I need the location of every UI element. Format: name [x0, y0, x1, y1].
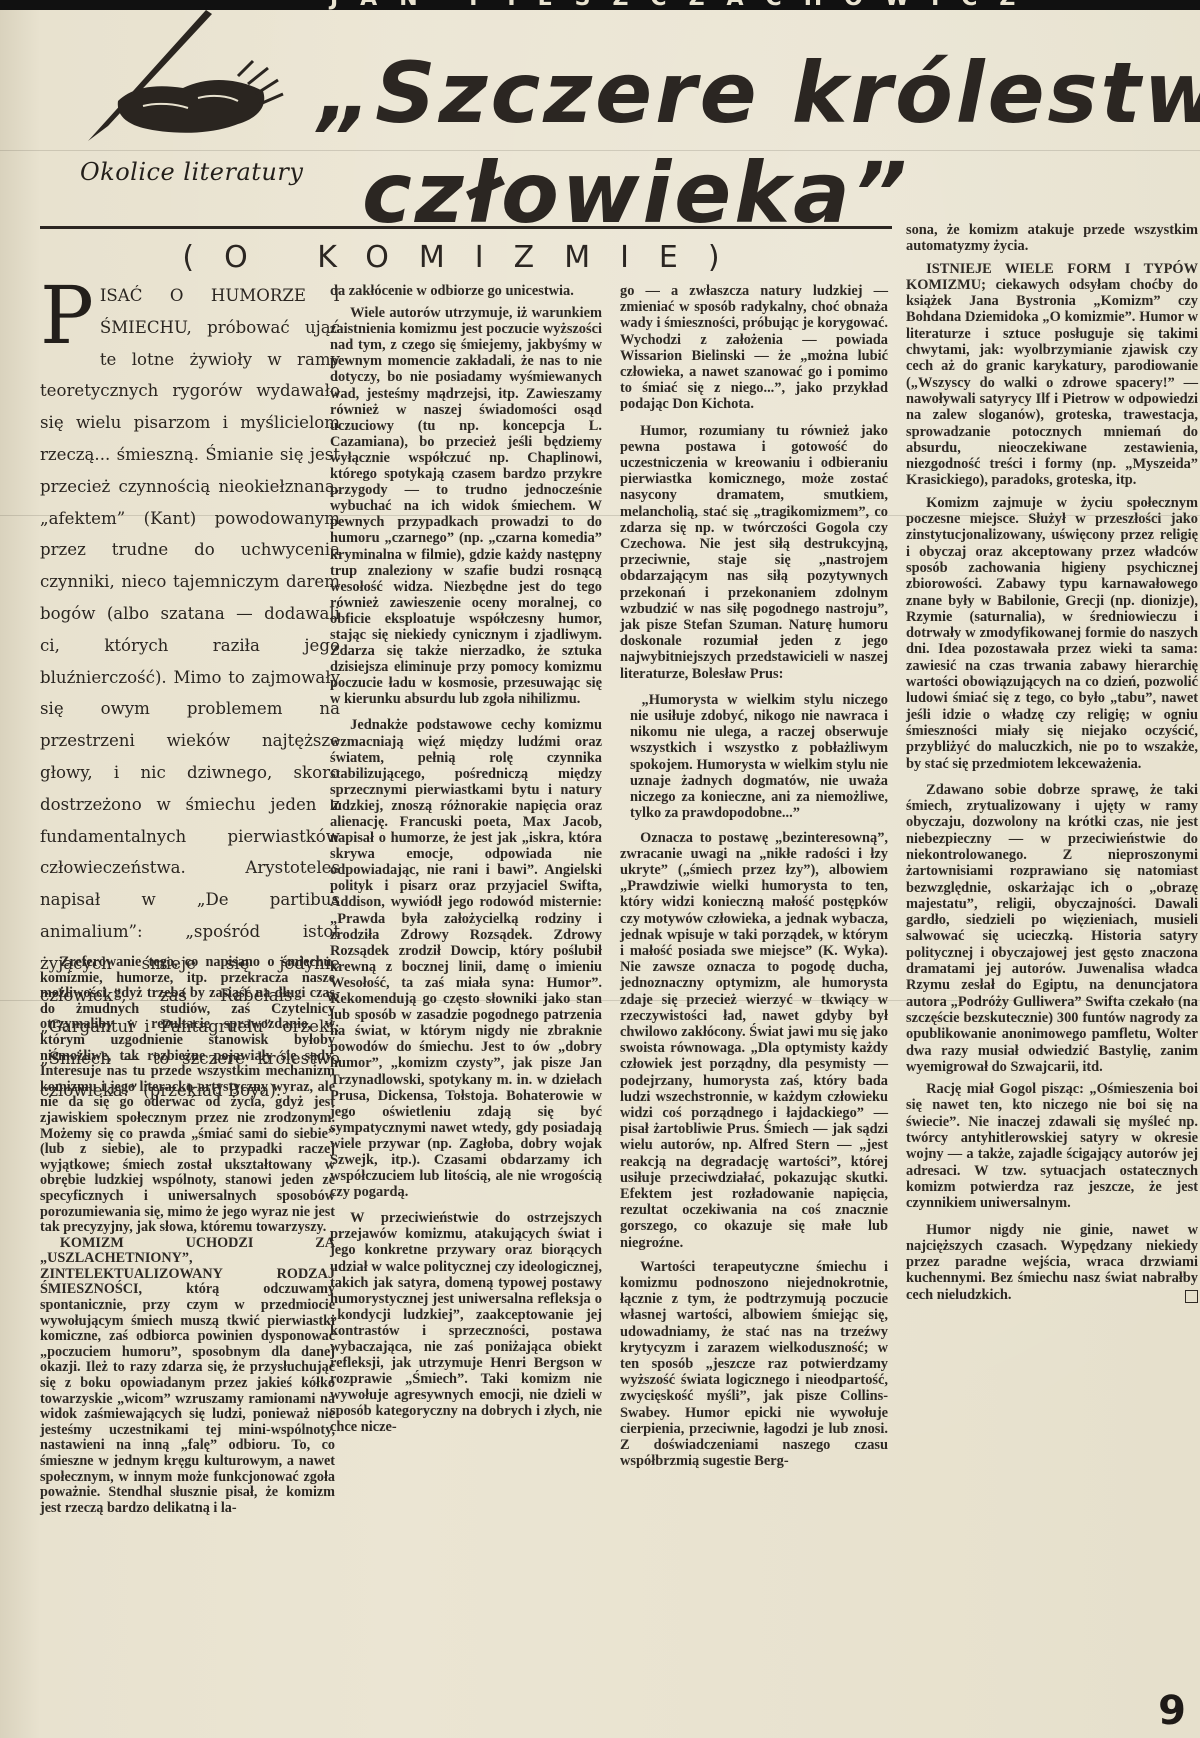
- paragraph: Wiele autorów utrzymuje, iż warunkiem za…: [330, 305, 602, 707]
- article-column-3: go — a zwłaszcza natury ludzkiej — zmien…: [620, 283, 888, 1469]
- quill-hand-icon: [88, 6, 288, 146]
- paragraph: Rację miał Gogol pisząc: „Ośmieszenia bo…: [906, 1081, 1198, 1211]
- paragraph: ISTNIEJE WIELE FORM I TYPÓW KOMIZMU; cie…: [906, 261, 1198, 489]
- article-column-1: Zreferowanie tego, co napisano o śmiechu…: [40, 955, 335, 1516]
- paragraph: go — a zwłaszcza natury ludzkiej — zmien…: [620, 283, 888, 413]
- drop-cap: P: [40, 284, 94, 348]
- section-label: Okolice literatury: [80, 158, 303, 186]
- page-number: 9: [1158, 1688, 1186, 1734]
- magazine-page: JAN PIESZCZACHOWICZ Okolice literatury „…: [0, 0, 1200, 1738]
- title-line-1: „Szczere królestwo: [318, 51, 1198, 135]
- prus-quote: „Humorysta w wielkim stylu niczego nie u…: [620, 692, 888, 822]
- article-title: „Szczere królestwo człowieka”: [318, 51, 1198, 235]
- paragraph: KOMIZM UCHODZI ZA „USZLACHETNIONY”, ZINT…: [40, 1236, 335, 1517]
- paragraph: sona, że komizm atakuje przede wszystkim…: [906, 222, 1198, 255]
- article-column-4: sona, że komizm atakuje przede wszystkim…: [906, 222, 1198, 1303]
- author-name: JAN PIESZCZACHOWICZ: [330, 0, 1037, 10]
- paragraph: Wartości terapeutyczne śmiechu i komizmu…: [620, 1259, 888, 1470]
- paragraph: Oznacza to postawę „bezinteresowną”, zwr…: [620, 830, 888, 1251]
- article-subtitle: (O KOMIZMIE): [40, 240, 892, 275]
- article-column-2: da zakłócenie w odbiorze go unicestwia. …: [330, 283, 602, 1436]
- paragraph: Zreferowanie tego, co napisano o śmiechu…: [40, 955, 335, 1236]
- paragraph: W przeciwieństwie do ostrzejszych przeja…: [330, 1210, 602, 1435]
- paragraph: da zakłócenie w odbiorze go unicestwia.: [330, 283, 602, 299]
- end-mark-icon: [1185, 1290, 1198, 1303]
- paragraph: Jednakże podstawowe cechy komizmu wzmacn…: [330, 717, 602, 1200]
- title-rule-divider: [40, 226, 892, 229]
- paragraph: Zdawano sobie dobrze sprawę, że taki śmi…: [906, 782, 1198, 1075]
- closing-text: Humor nigdy nie ginie, nawet w najcięższ…: [906, 1222, 1198, 1303]
- paragraph: Komizm zajmuje w życiu społecznym poczes…: [906, 495, 1198, 772]
- paragraph: Humor, rozumiany tu również jako pewna p…: [620, 423, 888, 682]
- closing-paragraph: Humor nigdy nie ginie, nawet w najcięższ…: [906, 1222, 1198, 1303]
